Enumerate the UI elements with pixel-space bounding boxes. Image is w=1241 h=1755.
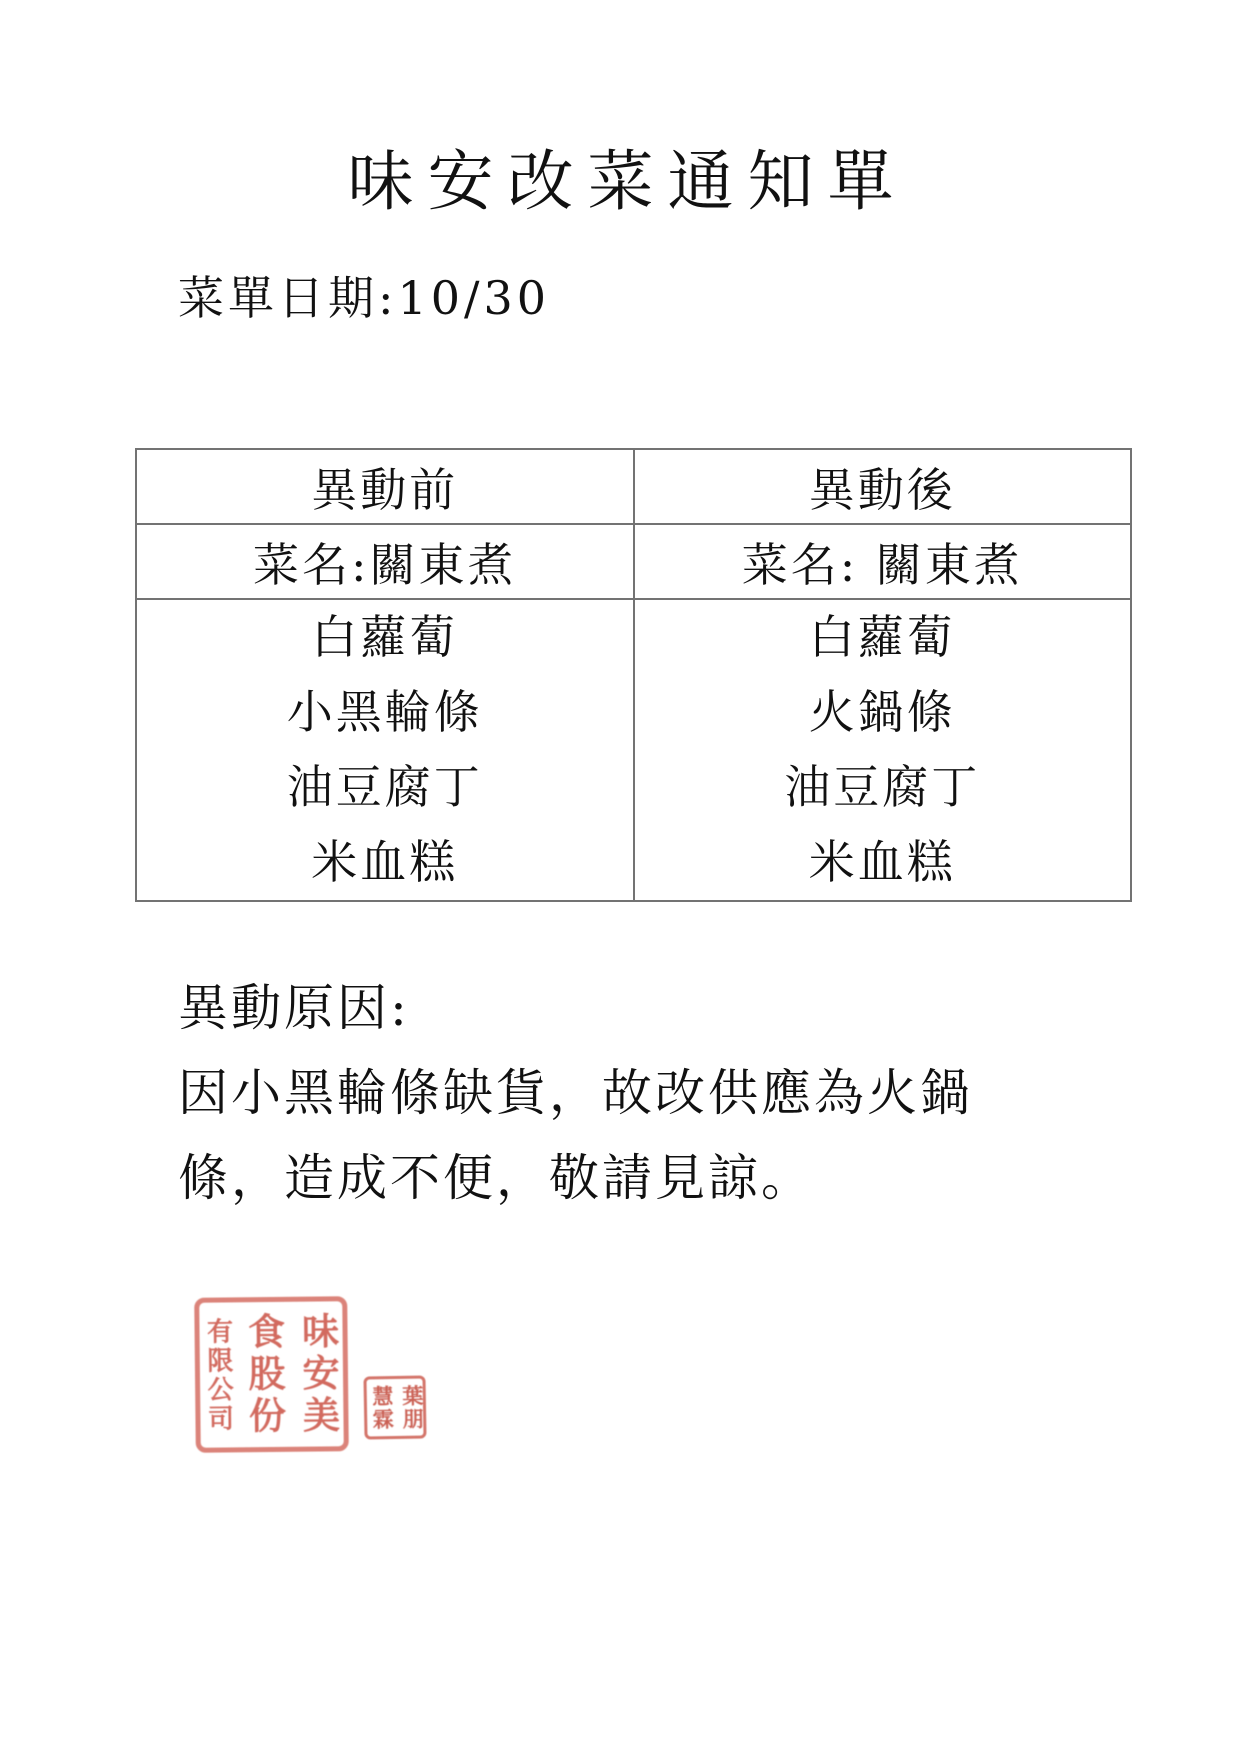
ingredients-row: 白蘿蔔 小黑輪條 油豆腐丁 米血糕 白蘿蔔 火鍋條 油豆腐丁 米血糕 — [136, 599, 1131, 901]
before-item: 油豆腐丁 — [137, 750, 633, 825]
reason-text-line: 條，造成不便，敬請見諒。 — [178, 1136, 973, 1221]
reason-text-line: 因小黑輪條缺貨，故改供應為火鍋 — [178, 1051, 973, 1136]
table-header-row: 異動前 異動後 — [136, 449, 1131, 524]
ingredients-after: 白蘿蔔 火鍋條 油豆腐丁 米血糕 — [634, 599, 1132, 901]
company-seal-column: 食股份 — [236, 1311, 291, 1438]
name-seal-column: 葉朋 — [397, 1384, 428, 1431]
document-page: 味安改菜通知單 菜單日期:10/30 異動前 異動後 菜名:關東煮 菜名: 關東… — [0, 0, 1241, 1755]
page-title: 味安改菜通知單 — [0, 128, 1241, 223]
company-seal-stamp: 味安美 食股份 有限公司 — [194, 1296, 349, 1453]
dish-name-after: 菜名: 關東煮 — [634, 524, 1132, 599]
company-seal-column: 有限公司 — [199, 1317, 237, 1433]
name-seal-column: 慧霖 — [367, 1384, 398, 1431]
company-seal-column: 味安美 — [290, 1311, 345, 1438]
after-item: 火鍋條 — [635, 675, 1131, 750]
before-item: 小黑輪條 — [137, 675, 633, 750]
before-item: 白蘿蔔 — [137, 600, 633, 675]
after-item: 米血糕 — [635, 825, 1131, 900]
header-before: 異動前 — [136, 449, 634, 524]
change-reason: 異動原因: 因小黑輪條缺貨，故改供應為火鍋 條，造成不便，敬請見諒。 — [178, 966, 973, 1221]
after-item: 油豆腐丁 — [635, 750, 1131, 825]
menu-date: 菜單日期:10/30 — [178, 262, 550, 328]
reason-label: 異動原因: — [178, 966, 973, 1051]
after-item: 白蘿蔔 — [635, 600, 1131, 675]
ingredients-before: 白蘿蔔 小黑輪條 油豆腐丁 米血糕 — [136, 599, 634, 901]
menu-change-table: 異動前 異動後 菜名:關東煮 菜名: 關東煮 白蘿蔔 小黑輪條 油豆腐丁 米血糕… — [135, 448, 1132, 902]
dish-name-before: 菜名:關東煮 — [136, 524, 634, 599]
before-item: 米血糕 — [137, 825, 633, 900]
dish-name-row: 菜名:關東煮 菜名: 關東煮 — [136, 524, 1131, 599]
header-after: 異動後 — [634, 449, 1132, 524]
personal-name-stamp: 葉朋 慧霖 — [363, 1375, 426, 1439]
